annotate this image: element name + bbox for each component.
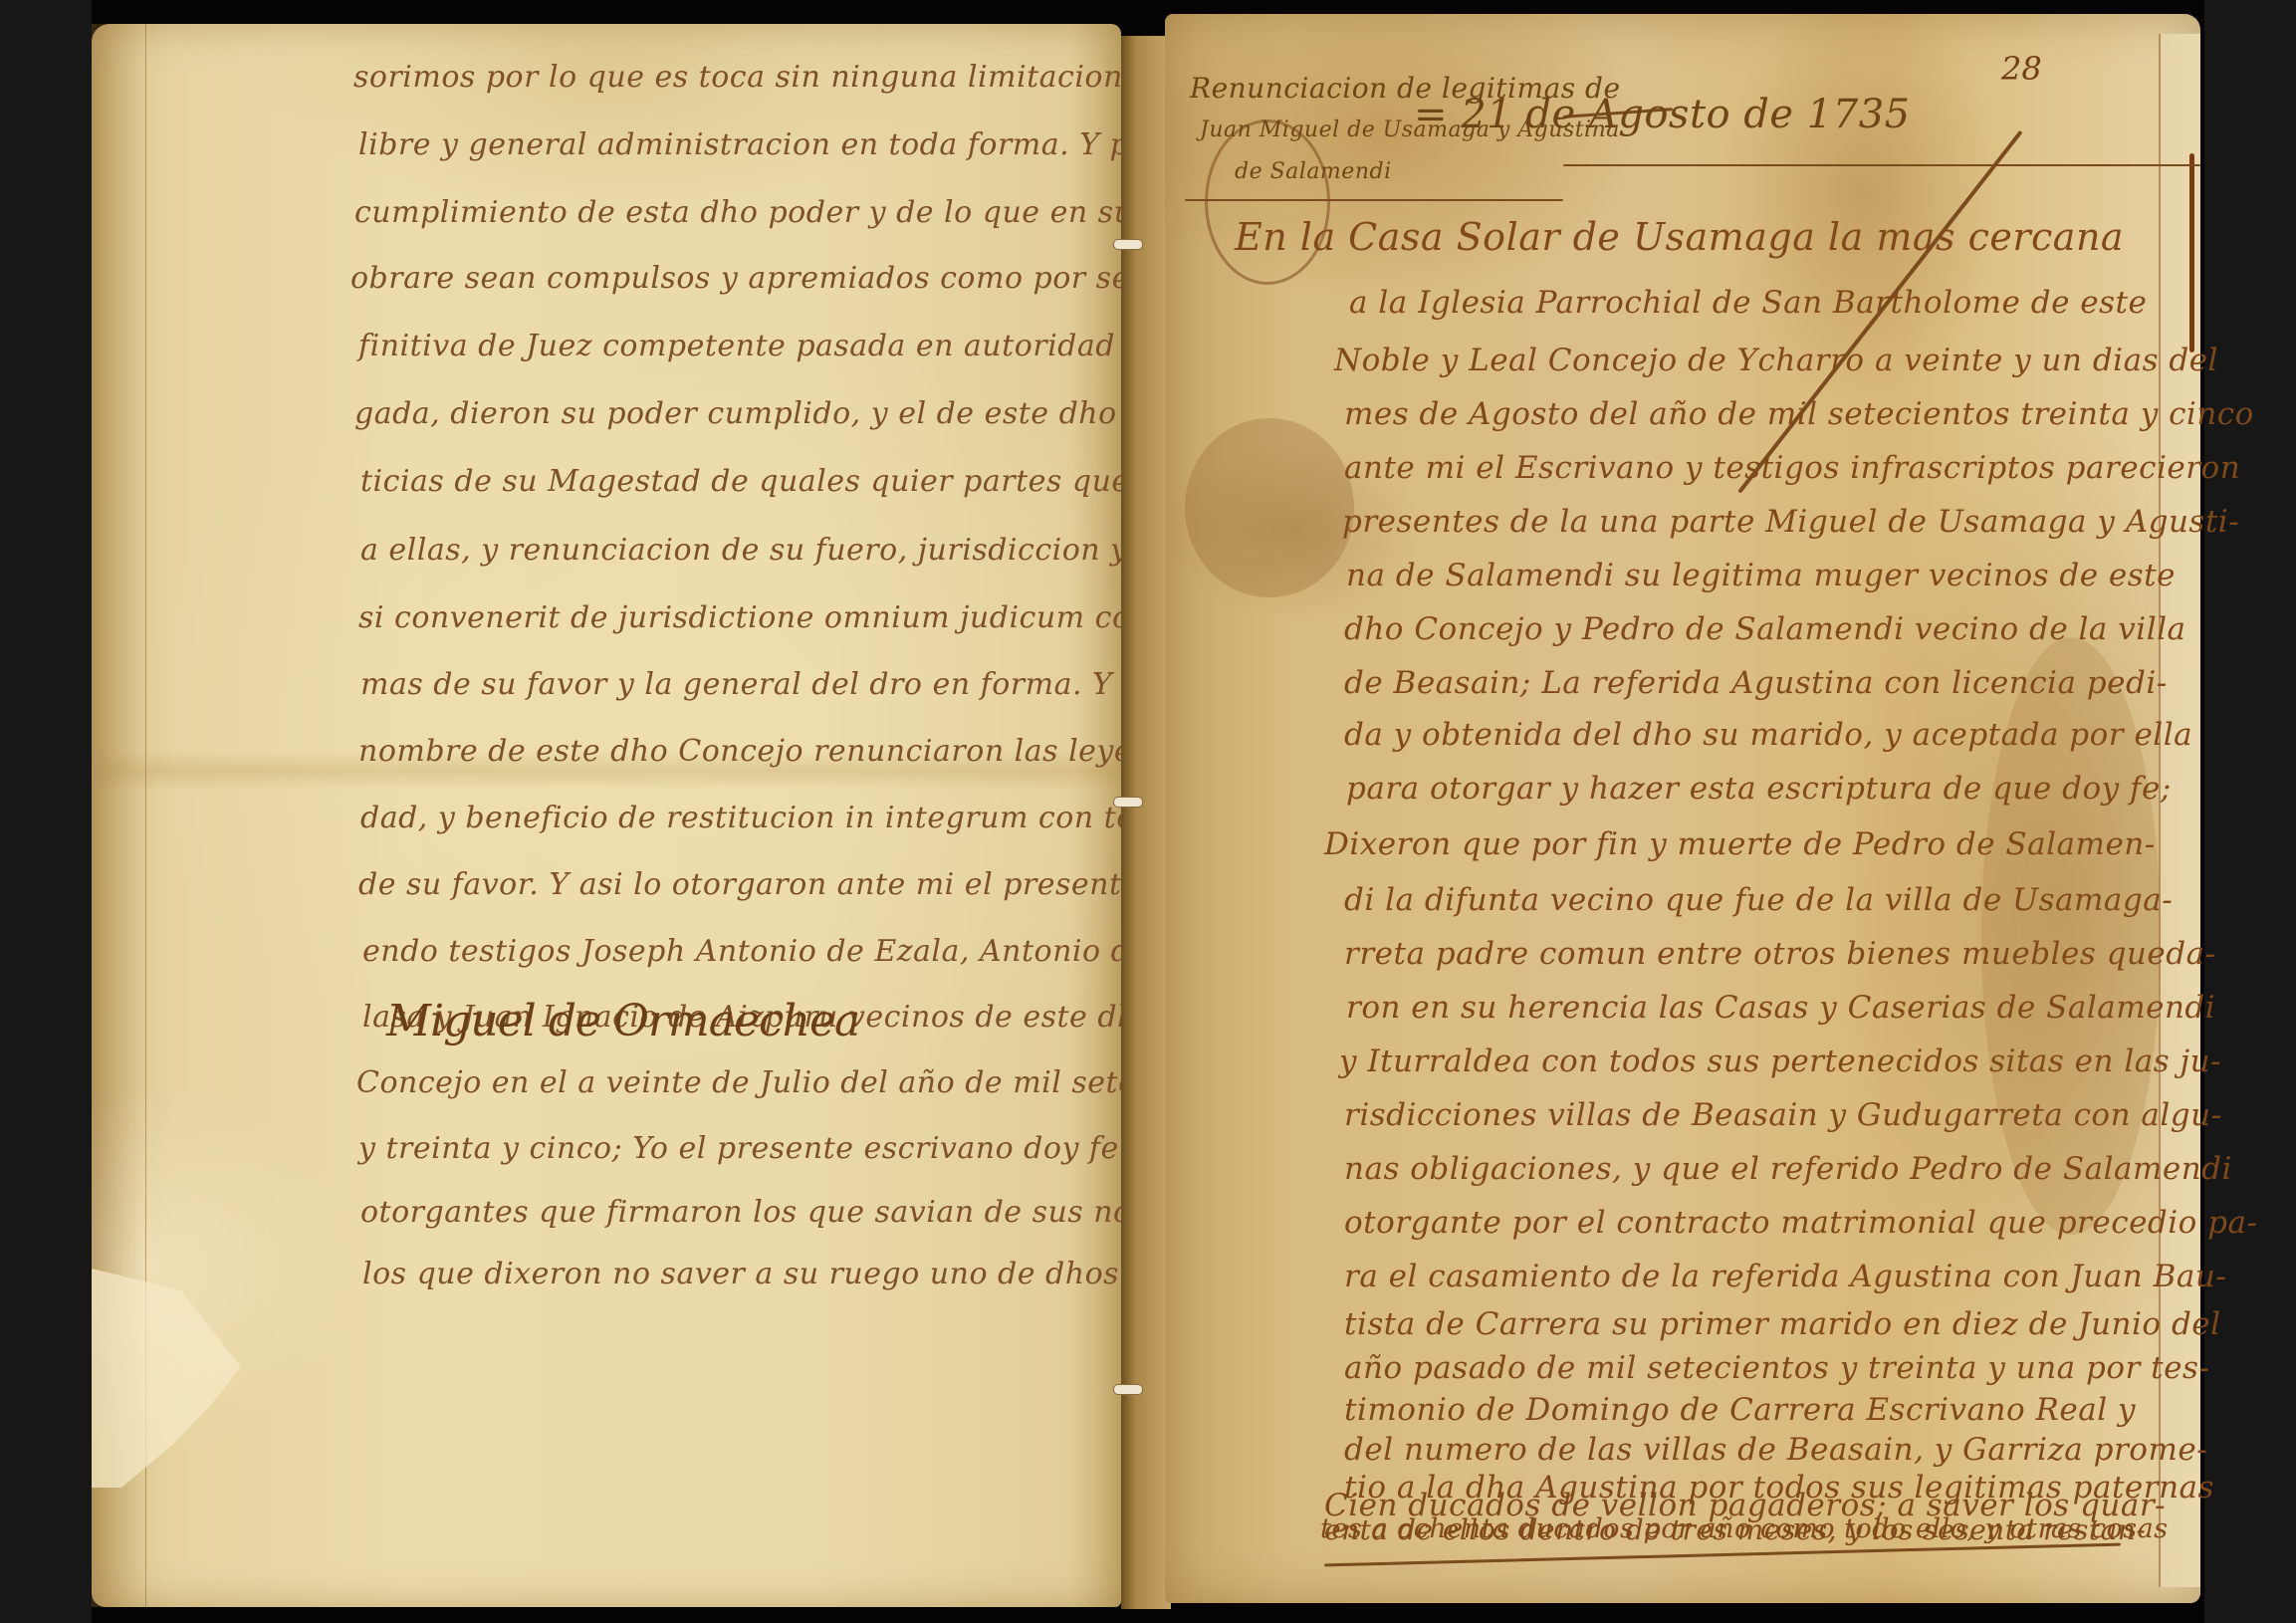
manuscript-line: En la Casa Solar de Usamaga la mas cerca… — [1235, 215, 2124, 259]
manuscript-line: a la Iglesia Parrochial de San Bartholom… — [1349, 285, 2147, 321]
manuscript-line: tes a ochenta ducados por año como todo … — [1320, 1513, 2169, 1544]
water-stain — [1185, 418, 1354, 597]
manuscript-line: otorgante por el contracto matrimonial q… — [1344, 1205, 2258, 1241]
manuscript-line: di la difunta vecino que fue de la villa… — [1344, 882, 2173, 918]
manuscript-line: presentes de la una parte Miguel de Usam… — [1342, 504, 2239, 540]
manuscript-line: y Iturraldea con todos sus pertenecidos … — [1339, 1043, 2221, 1079]
notary-signature: Miguel de Ormaechea — [386, 996, 859, 1046]
manuscript-line: da y obtenida del dho su marido, y acept… — [1344, 717, 2192, 753]
manuscript-line: de Beasain; La referida Agustina con lic… — [1344, 665, 2168, 701]
manuscript-line: sorimos por lo que es toca sin ninguna l… — [353, 60, 1226, 95]
manuscript-line: dho Concejo y Pedro de Salamendi vecino … — [1344, 611, 2186, 647]
binding-thread-icon — [1113, 239, 1143, 250]
decorative-flourish — [1205, 119, 1330, 285]
manuscript-line: Dixeron que por fin y muerte de Pedro de… — [1324, 826, 2156, 862]
manuscript-line: rreta padre comun entre otros bienes mue… — [1344, 936, 2216, 972]
header-underline — [1563, 164, 2200, 166]
manuscript-line: ante mi el Escrivano y testigos infrascr… — [1344, 450, 2240, 486]
manuscript-line: timonio de Domingo de Carrera Escrivano … — [1344, 1392, 2136, 1428]
manuscript-line: risdicciones villas de Beasain y Gudugar… — [1344, 1097, 2222, 1133]
binding-thread-icon — [1113, 1384, 1143, 1395]
manuscript-line: año pasado de mil setecientos y treinta … — [1344, 1350, 2209, 1386]
manuscript-line: tista de Carrera su primer marido en die… — [1344, 1306, 2221, 1342]
manuscript-line: na de Salamendi su legitima muger vecino… — [1346, 558, 2176, 593]
manuscript-line: para otorgar y hazer esta escriptura de … — [1346, 771, 2172, 807]
manuscript-line: nas obligaciones, y que el referido Pedr… — [1344, 1151, 2232, 1187]
document-date: = 21 de Agosto de 1735 — [1414, 92, 1911, 137]
binding-thread-icon — [1113, 797, 1143, 808]
book-gutter — [1121, 36, 1171, 1609]
manuscript-line: Noble y Leal Concejo de Ycharro a veinte… — [1334, 343, 2218, 378]
header-title-line: de Salamendi — [1235, 159, 1392, 184]
folio-number: 28 — [2001, 50, 2042, 88]
manuscript-line: ron en su herencia las Casas y Caserias … — [1346, 990, 2215, 1026]
manuscript-line: del numero de las villas de Beasain, y G… — [1344, 1432, 2207, 1468]
manuscript-line: Concejo en el a veinte de Julio del año … — [356, 1065, 1249, 1100]
torn-paper-corner — [92, 1269, 241, 1488]
manuscript-line: ra el casamiento de la referida Agustina… — [1344, 1259, 2226, 1294]
manuscript-line: mes de Agosto del año de mil setecientos… — [1344, 396, 2254, 432]
